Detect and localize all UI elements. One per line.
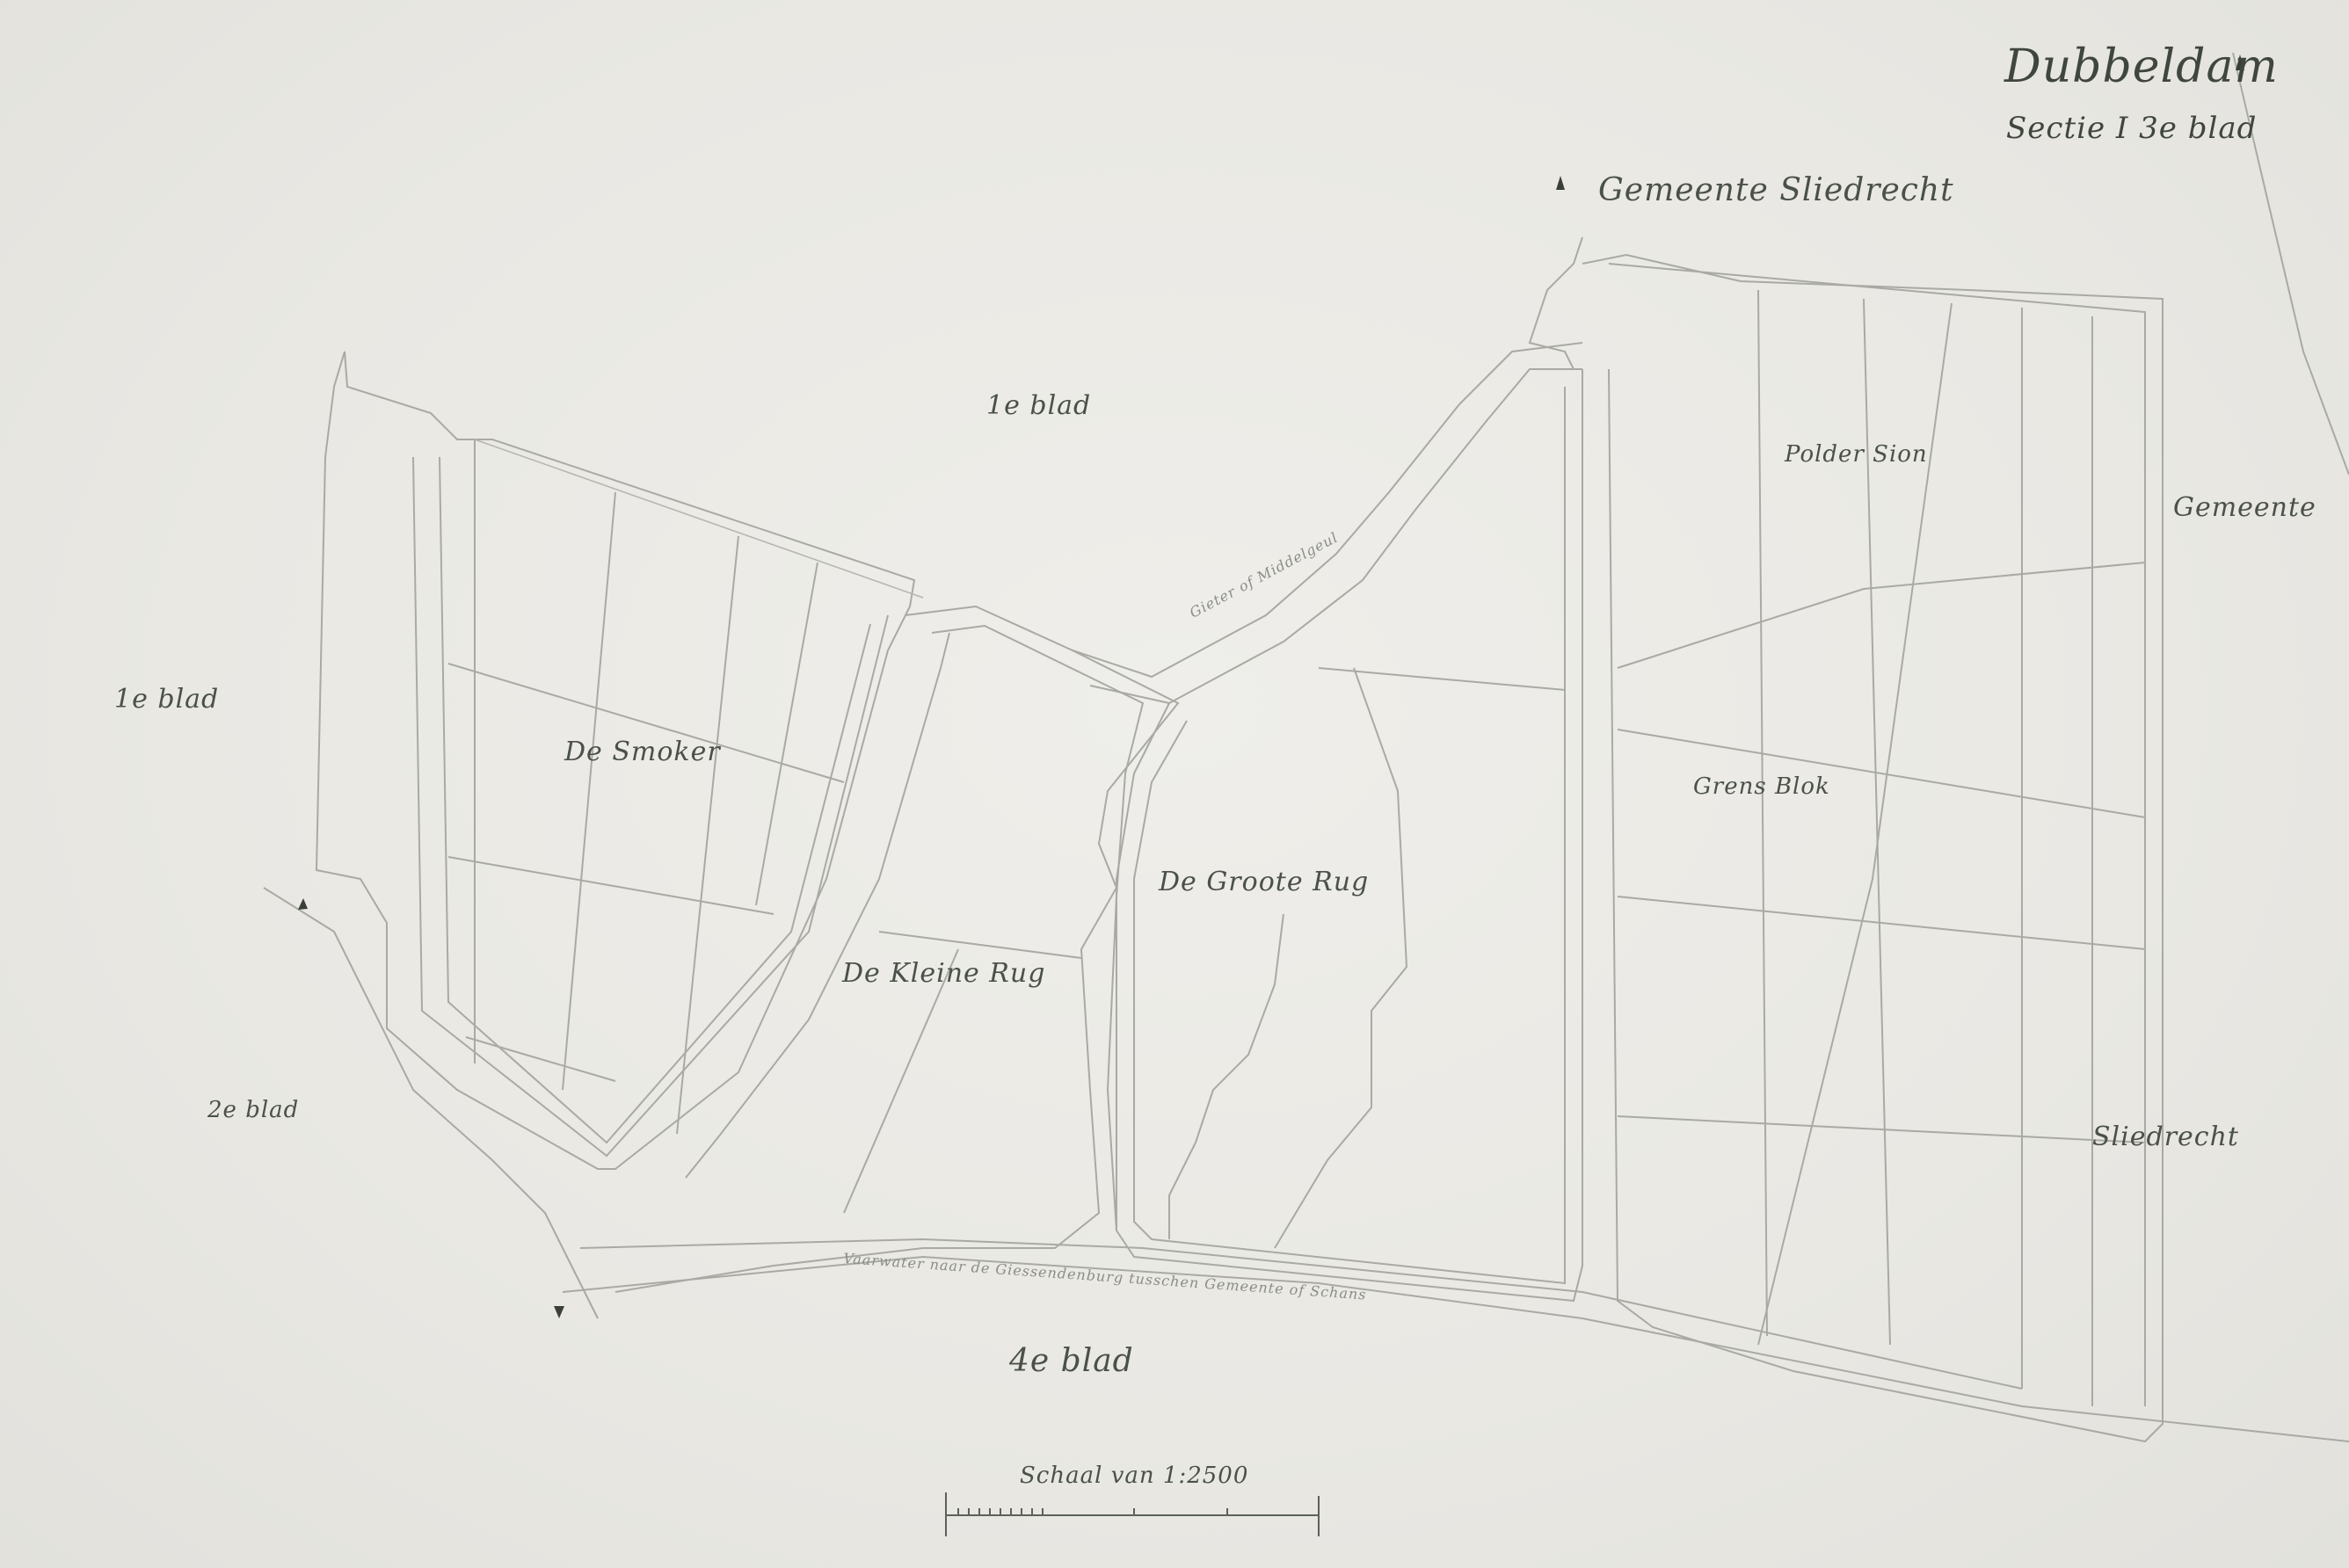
sheet-ref-bottom: 4e blad xyxy=(1009,1343,1134,1379)
map-title: Dubbeldam xyxy=(2004,40,2279,93)
sheet-ref-left: 1e blad xyxy=(114,684,219,715)
neighbor-label-top: Gemeente Sliedrecht xyxy=(1598,172,1954,208)
cadastral-map: Dubbeldam Sectie I 3e blad Gemeente Slie… xyxy=(0,0,2349,1568)
neighbor-label-right-1: Gemeente xyxy=(2173,492,2316,523)
neighbor-label-right-2: Sliedrecht xyxy=(2092,1122,2239,1152)
area-polder-sion: Polder Sion xyxy=(1785,441,1928,468)
map-subtitle: Sectie I 3e blad xyxy=(2006,111,2257,146)
area-grens-blok: Grens Blok xyxy=(1693,773,1830,800)
area-de-smoker: De Smoker xyxy=(564,737,721,767)
map-linework xyxy=(0,0,2349,1568)
sheet-ref-top: 1e blad xyxy=(986,390,1091,421)
area-de-kleine-rug: De Kleine Rug xyxy=(842,958,1045,989)
scale-bar xyxy=(946,1492,1319,1536)
sheet-ref-left-lower: 2e blad xyxy=(207,1097,299,1123)
area-de-groote-rug: De Groote Rug xyxy=(1159,867,1369,897)
scale-label: Schaal van 1:2500 xyxy=(1020,1463,1248,1489)
